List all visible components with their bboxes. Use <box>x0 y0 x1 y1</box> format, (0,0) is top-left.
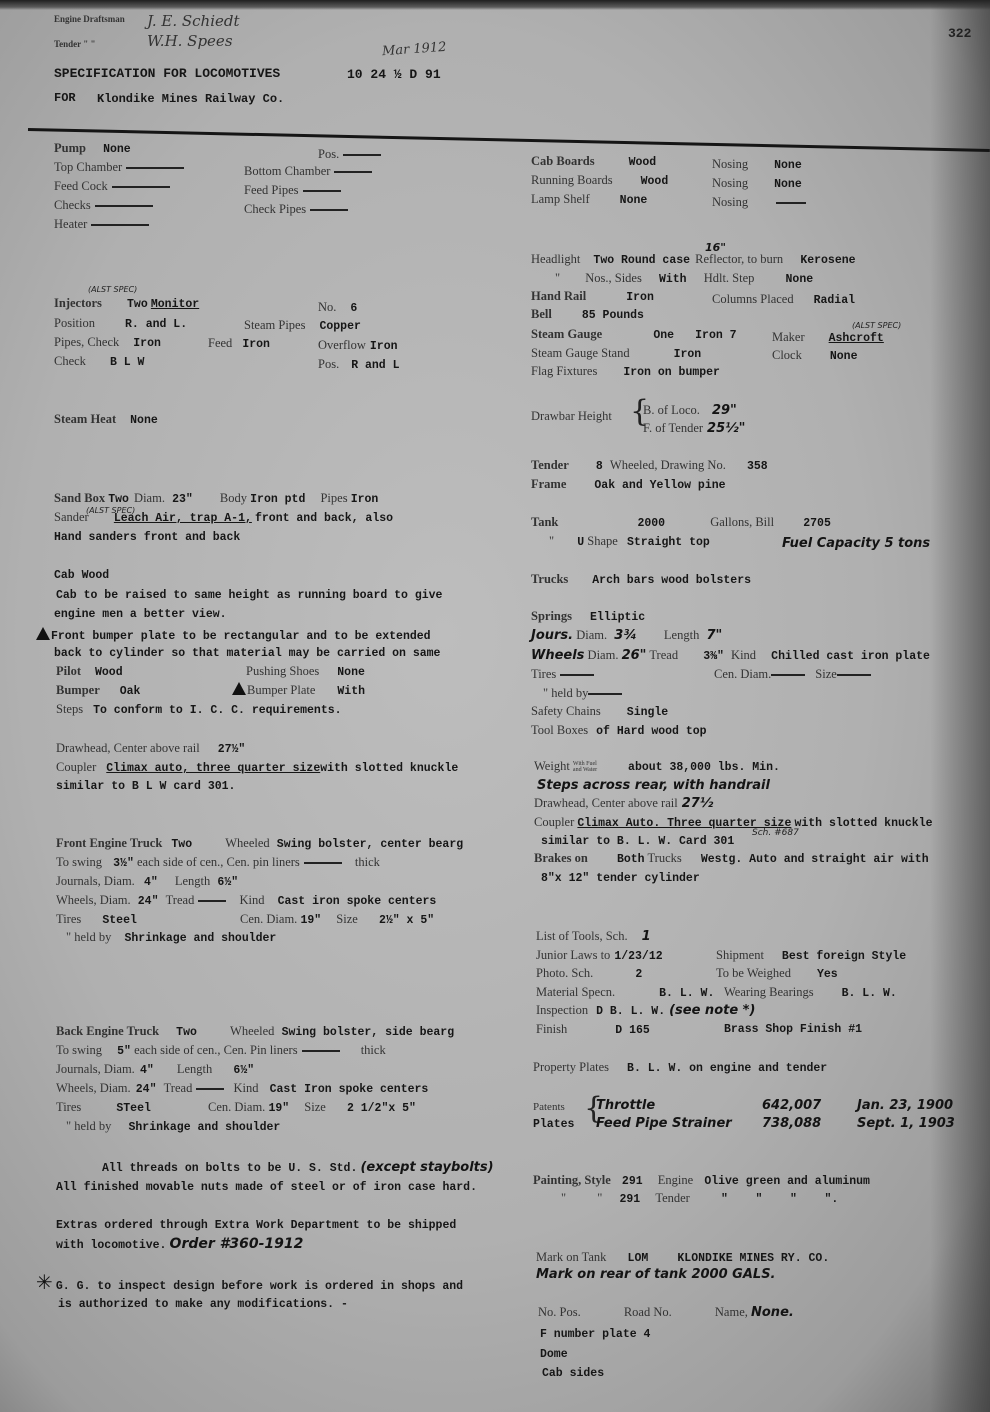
steps-across-rear-note: Steps across rear, with handrail <box>537 778 770 793</box>
inspection: InspectionD B. L. W.(see note *) <box>536 1003 755 1019</box>
cab-boards: Cab BoardsWood <box>531 154 656 170</box>
list-of-tools: List of Tools, Sch.1 <box>536 929 651 944</box>
brakes-line2: 8"x 12" tender cylinder <box>541 871 700 886</box>
tender-draftsman-signature: W.H. Spees <box>147 34 233 49</box>
bell: Bell85 Pounds <box>531 307 644 323</box>
drawbar-height-label: Drawbar Height <box>531 409 612 424</box>
cab-boards-nosing: NosingNone <box>712 157 802 173</box>
finish: FinishD 165 <box>536 1022 650 1038</box>
cab-heading: Cab Wood <box>54 568 109 583</box>
front-engine-truck: Front Engine Truck Two Wheeled Swing bol… <box>56 836 463 852</box>
painting-engine: Painting, Style 291 Engine Olive green a… <box>533 1173 870 1189</box>
material-specn: Material Specn.B. L. W. <box>536 985 714 1001</box>
front-truck-tires: Tires Steel Cen. Diam. 19" Size 2½" x 5" <box>56 912 434 928</box>
drawbar-loco: B. of Loco.29" <box>643 403 737 418</box>
back-truck-held: " held by Shrinkage and shoulder <box>66 1119 280 1135</box>
bumper-row: BumperOak <box>56 683 140 699</box>
bumper-note-line1: Front bumper plate to be rectangular and… <box>36 627 431 644</box>
jours-row: Jours. Diam. 3¾ Length 7" <box>531 628 722 643</box>
heater: Heater <box>54 217 149 232</box>
bumper-note-line2: back to cylinder so that material may be… <box>54 646 440 661</box>
number-plate: F number plate 4 <box>540 1327 650 1342</box>
front-truck-wheels: Wheels, Diam. 24" Tread Kind Cast iron s… <box>56 893 436 909</box>
back-truck-tires: Tires STeel Cen. Diam. 19" Size 2 1/2"x … <box>56 1100 416 1116</box>
cab-sides: Cab sides <box>542 1366 604 1381</box>
feed-pipes: Feed Pipes <box>244 183 341 198</box>
bumper-plate: Bumper PlateWith <box>232 682 365 699</box>
extras-line2: with locomotive. Order #360-1912 <box>56 1237 303 1253</box>
hand-sanders: Hand sanders front and back <box>54 530 240 545</box>
sander-row: Sander Leach Air, trap A-1, front and ba… <box>54 510 393 526</box>
coupler-line2: similar to B L W card 301. <box>56 779 235 794</box>
no-pos-row: No. Pos. Road No. Name, None. <box>538 1305 794 1320</box>
brakes-row: Brakes on Both Trucks Westg. Auto and st… <box>534 851 929 867</box>
wearing-bearings: Wearing BearingsB. L. W. <box>724 985 897 1001</box>
delta-marker-icon <box>232 682 246 695</box>
schedule-note: Sch. #687 <box>752 826 799 841</box>
fuel-capacity-note: Fuel Capacity 5 tons <box>782 536 930 551</box>
front-truck-held: " held by Shrinkage and shoulder <box>66 930 276 946</box>
steam-gauge-maker: MakerAshcroft <box>772 330 884 346</box>
pump-pos: Pos. <box>318 147 381 162</box>
patent-date: Sept. 1, 1903 <box>857 1116 955 1131</box>
back-truck-swing: To swing 5" each side of cen., Cen. Pin … <box>56 1043 386 1059</box>
feed-cock: Feed Cock <box>54 179 170 194</box>
property-plates: Property PlatesB. L. W. on engine and te… <box>533 1060 827 1076</box>
page-number: 322 <box>948 26 971 41</box>
inspection-note-line1: ✳ G. G. to inspect design before work is… <box>36 1275 463 1294</box>
engine-draftsman-signature: J. E. Schiedt <box>147 14 240 29</box>
tender-coupler-line2: similar to B. L. W. Card 301 <box>541 834 734 849</box>
checks: Checks <box>54 198 153 213</box>
plates-label: Plates <box>533 1117 574 1132</box>
flag-fixtures: Flag FixturesIron on bumper <box>531 364 720 380</box>
injectors-position: PositionR. and L. <box>54 316 187 332</box>
patent-number: 642,007 <box>762 1098 821 1113</box>
cab-note-line1: Cab to be raised to same height as runni… <box>56 588 442 603</box>
check-pipes: Check Pipes <box>244 202 348 217</box>
threads-line1: All threads on bolts to be U. S. Std. (e… <box>102 1160 494 1176</box>
scanned-document-page: Engine Draftsman J. E. Schiedt Tender " … <box>0 0 990 1412</box>
shipment: ShipmentBest foreign Style <box>716 948 906 964</box>
pushing-shoes: Pushing ShoesNone <box>246 664 365 680</box>
photo-sch: Photo. Sch.2 <box>536 966 642 982</box>
headlight-row: Headlight Two Round case Reflector, to b… <box>531 252 856 268</box>
dome: Dome <box>540 1347 568 1362</box>
tender-draftsman-label: Tender " " <box>54 37 96 52</box>
trucks-row: TrucksArch bars wood bolsters <box>531 572 751 588</box>
delta-marker-icon <box>36 627 50 640</box>
pipes-check: Pipes, CheckIron <box>54 335 161 351</box>
tender-coupler: Coupler Climax Auto. Three quarter size … <box>534 815 933 831</box>
front-truck-journals: Journals, Diam. 4" Length 6½" <box>56 874 238 890</box>
scan-edge-shadow-right <box>930 0 990 1412</box>
running-boards: Running BoardsWood <box>531 173 668 189</box>
tank-row: Tank 2000 Gallons, Bill 2705 <box>531 515 831 531</box>
feed-pipe: FeedIron <box>208 336 270 352</box>
threads-line2: All finished movable nuts made of steel … <box>56 1180 477 1195</box>
steam-gauge: Steam Gauge One Iron 7 <box>531 327 737 343</box>
steps-row: StepsTo conform to I. C. C. requirements… <box>56 702 342 718</box>
overflow: OverflowIron <box>318 338 398 354</box>
lamp-shelf: Lamp ShelfNone <box>531 192 647 208</box>
tank-shape-row: " U Shape Straight top <box>549 534 710 550</box>
tires-cen-diam: Cen. Diam.Size <box>714 667 871 682</box>
front-truck-swing: To swing 3½" each side of cen., Cen. pin… <box>56 855 380 871</box>
back-engine-truck: Back Engine Truck Two Wheeled Swing bols… <box>56 1024 454 1040</box>
tender-row: Tender 8 Wheeled, Drawing No. 358 <box>531 458 768 474</box>
customer-name: Klondike Mines Railway Co. <box>97 92 284 107</box>
steam-gauge-stand: Steam Gauge StandIron <box>531 346 701 362</box>
wheels-row: Wheels Diam. 26" Tread 3⅜" Kind Chilled … <box>531 648 930 664</box>
back-truck-wheels: Wheels, Diam. 24" Tread Kind Cast Iron s… <box>56 1081 428 1097</box>
nos-sides-row: " Nos., Sides With Hdlt. Step None <box>555 271 813 287</box>
mark-on-tank: Mark on Tank LOM KLONDIKE MINES RY. CO. <box>536 1250 829 1266</box>
steam-heat-row: Steam HeatNone <box>54 412 158 428</box>
weight-row: Weight With Fuel and Water about 38,000 … <box>534 759 780 775</box>
engine-draftsman-label: Engine Draftsman <box>54 12 125 27</box>
springs-row: SpringsElliptic <box>531 609 645 625</box>
to-be-weighed: To be WeighedYes <box>716 966 838 982</box>
safety-chains: Safety ChainsSingle <box>531 704 668 720</box>
pump-row: Pump None <box>54 141 131 157</box>
asterisk-marker-icon: ✳ <box>36 1270 53 1294</box>
columns-placed: Columns PlacedRadial <box>712 292 855 308</box>
coupler-row: CouplerClimax auto, three quarter sizewi… <box>56 760 458 776</box>
drawbar-tender: F. of Tender25½" <box>643 421 745 436</box>
patent-name: Feed Pipe Strainer <box>596 1116 732 1131</box>
header-divider <box>28 128 990 152</box>
running-boards-nosing: NosingNone <box>712 176 802 192</box>
tool-boxes: Tool Boxesof Hard wood top <box>531 723 707 739</box>
frame-row: FrameOak and Yellow pine <box>531 477 726 493</box>
clock: ClockNone <box>772 348 857 364</box>
drawhead-row: Drawhead, Center above rail27½" <box>56 741 245 757</box>
injectors-no: No.6 <box>318 300 357 316</box>
patent-name: Throttle <box>596 1098 655 1113</box>
hand-rail: Hand RailIron <box>531 289 654 305</box>
junior-laws: Junior Laws to1/23/12 <box>536 948 663 964</box>
back-truck-journals: Journals, Diam. 4" Length 6½" <box>56 1062 254 1078</box>
brass-shop-finish: Brass Shop Finish #1 <box>724 1022 862 1037</box>
mark-rear-tank-note: Mark on rear of tank 2000 GALS. <box>536 1267 776 1282</box>
date-note: Mar 1912 <box>382 40 447 59</box>
scan-edge-shadow <box>0 0 990 10</box>
injectors-spec-note: (ALST SPEC) <box>88 282 137 297</box>
painting-tender: " " 291 Tender " " " ". <box>561 1191 838 1207</box>
check-row: CheckB L W <box>54 354 144 370</box>
cab-note-line2: engine men a better view. <box>54 607 227 622</box>
tender-drawhead: Drawhead, Center above rail27½ <box>534 796 713 811</box>
for-label: FOR <box>54 91 76 106</box>
bottom-chamber: Bottom Chamber <box>244 164 372 179</box>
tires-held-by: " held by <box>543 686 622 701</box>
tires-row: Tires <box>531 667 594 682</box>
document-title: SPECIFICATION FOR LOCOMOTIVES <box>54 66 280 81</box>
top-chamber: Top Chamber <box>54 160 184 175</box>
patent-date: Jan. 23, 1900 <box>857 1098 953 1113</box>
patents-label: Patents <box>533 1100 565 1115</box>
inspection-note-line2: is authorized to make any modifications.… <box>58 1297 348 1312</box>
extras-line1: Extras ordered through Extra Work Depart… <box>56 1218 456 1233</box>
injectors-row: Injectors Two Monitor <box>54 296 199 312</box>
patent-number: 738,088 <box>762 1116 821 1131</box>
steam-pipes: Steam PipesCopper <box>244 318 361 334</box>
check-pos: Pos.R and L <box>318 357 400 373</box>
pilot-row: PilotWood <box>56 664 123 680</box>
lamp-shelf-nosing: Nosing <box>712 195 806 210</box>
class-code: 10 24 ½ D 91 <box>347 67 441 82</box>
